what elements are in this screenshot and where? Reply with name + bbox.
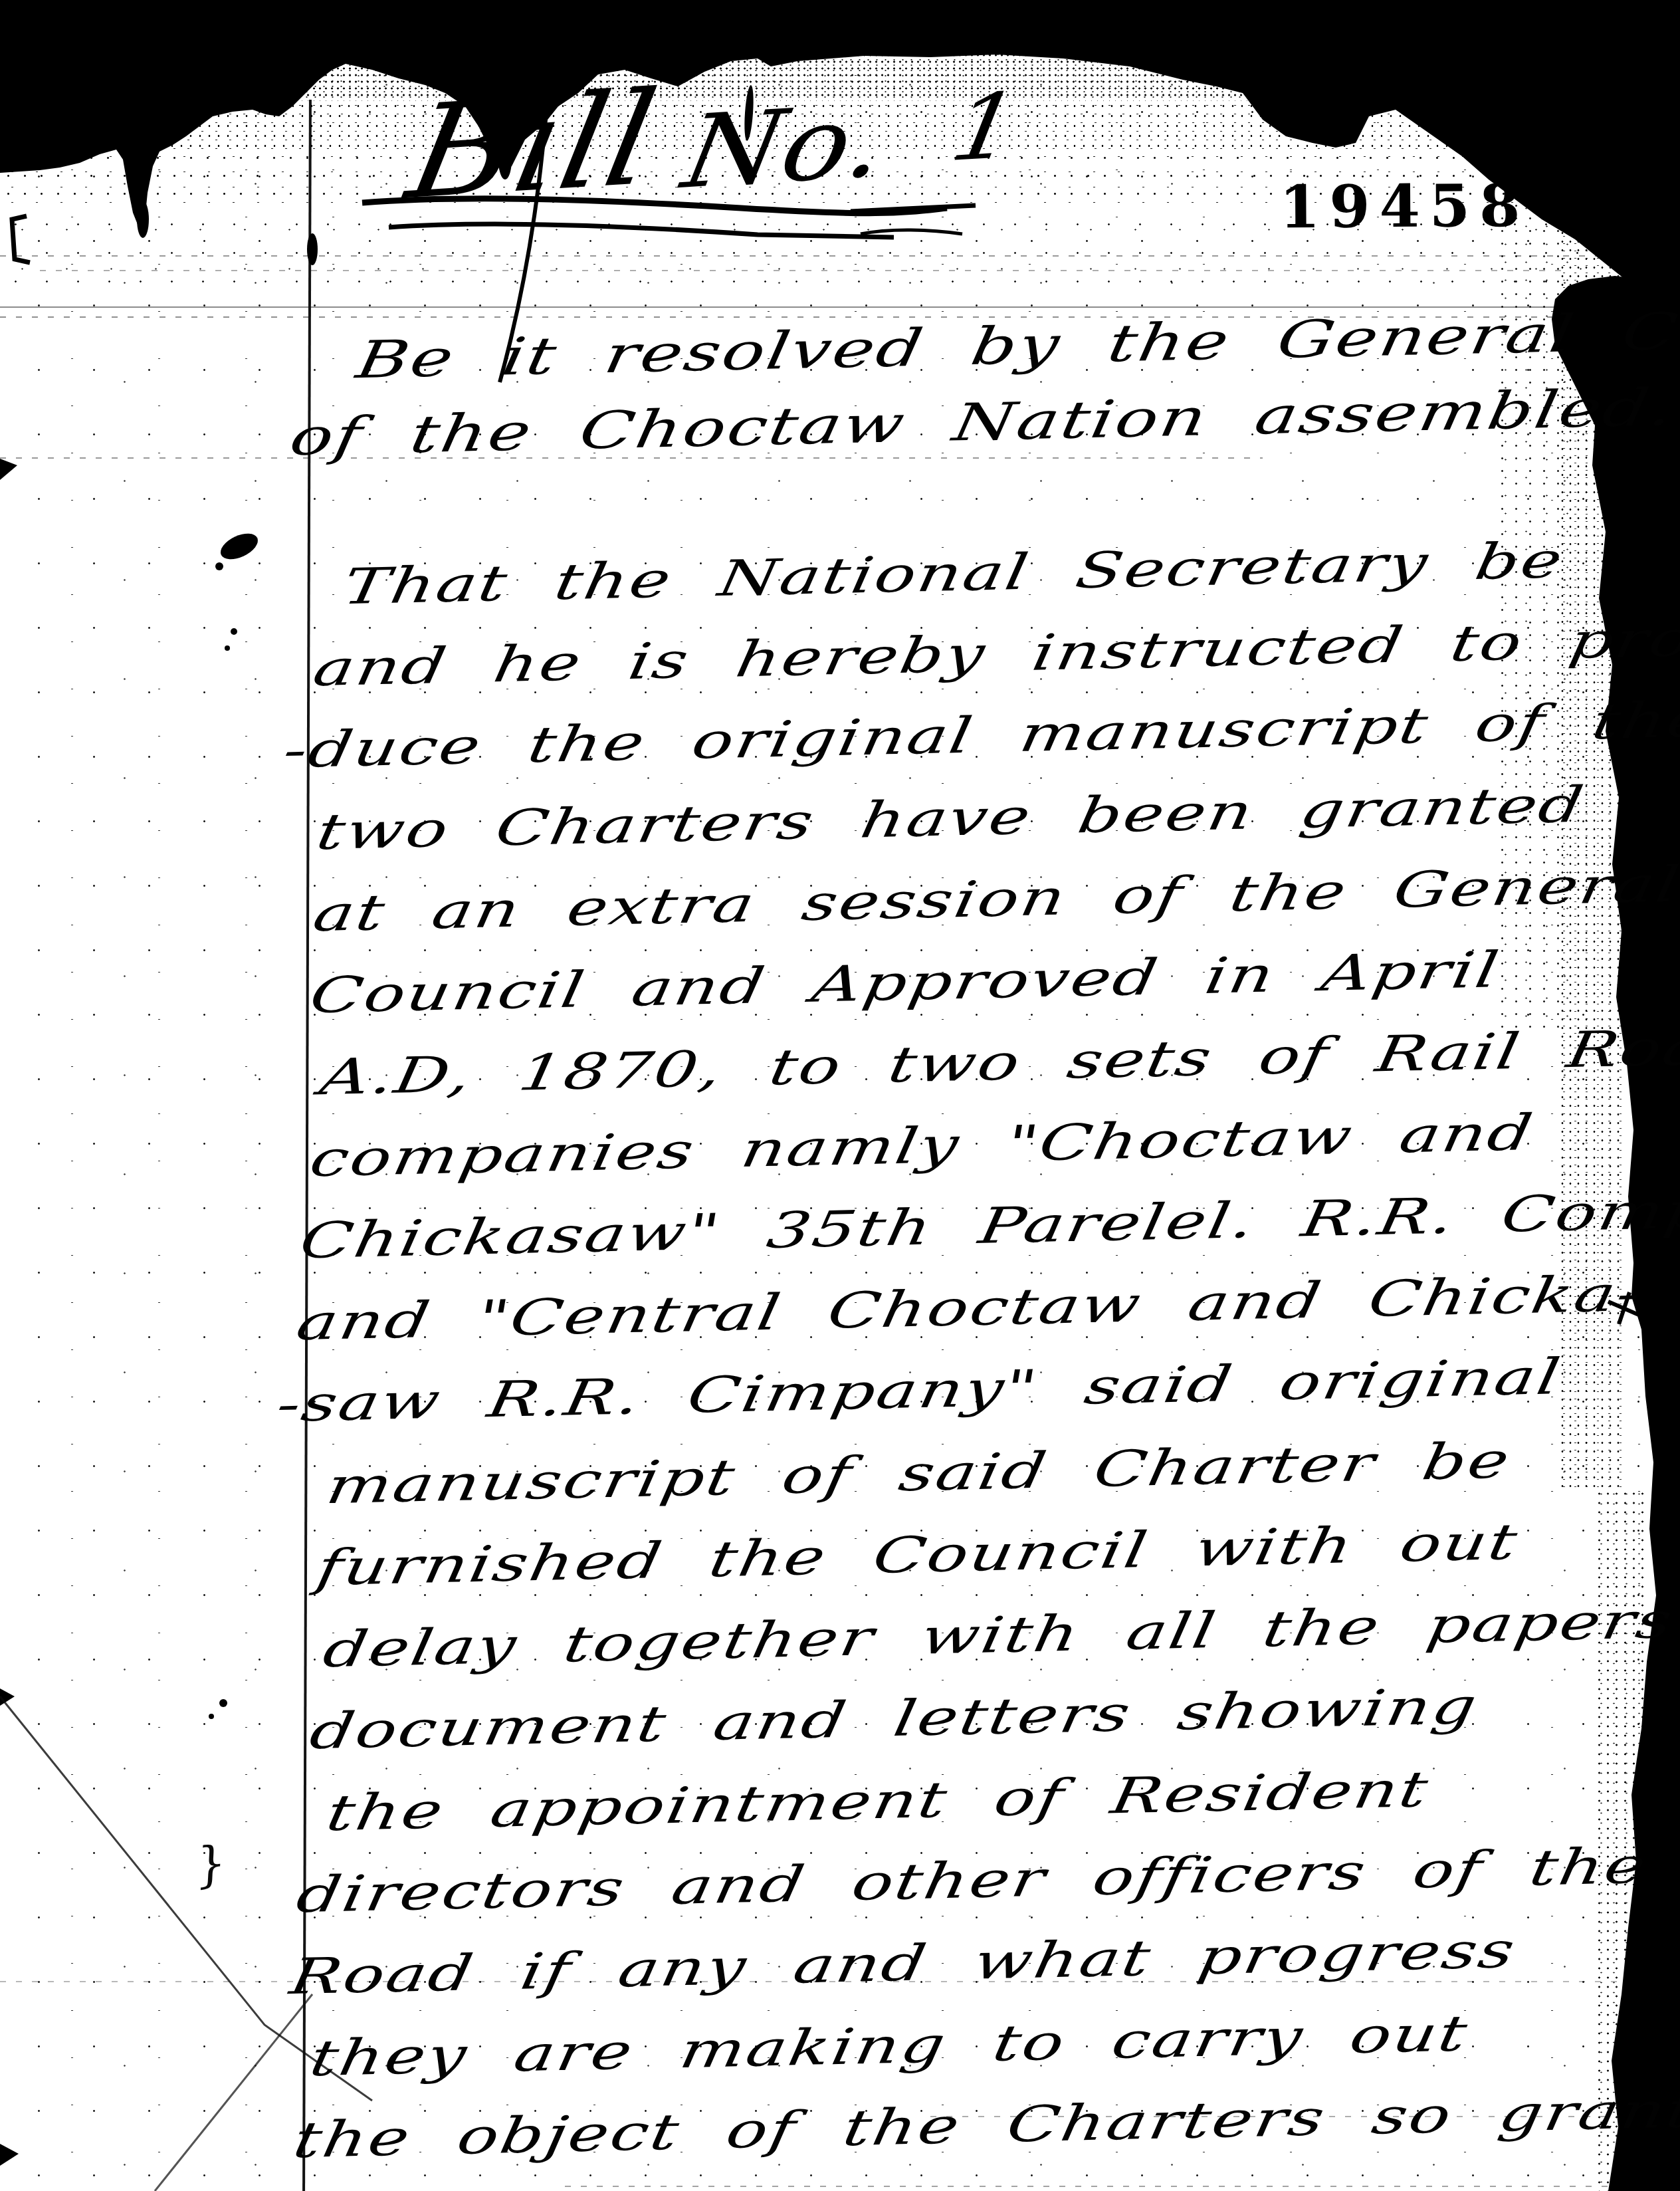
handwritten-line: they are making to carry out xyxy=(306,2005,1473,2087)
ink-speck xyxy=(219,1699,227,1707)
ink-speck xyxy=(215,562,223,570)
ink-speck xyxy=(225,645,230,651)
handwritten-line: That the National Secretary be xyxy=(339,532,1568,616)
bill-title: BillNo.1 xyxy=(397,41,1032,229)
handwritten-line: Chickasaw" 35th Parelel. R.R. Compan" xyxy=(296,1179,1680,1270)
handwritten-line: two Charters have been granted xyxy=(312,776,1589,861)
title-underline xyxy=(851,205,976,211)
handwritten-line: Be it resolved by the General Council xyxy=(352,297,1680,390)
handwritten-line: and "Central Choctaw and Chicka- xyxy=(292,1265,1647,1351)
edge-mark xyxy=(0,459,17,480)
handwritten-line: A.D, 1870, to two sets of Rail Road xyxy=(316,1018,1680,1106)
handwritten-line: at an extra session of the General xyxy=(309,856,1680,943)
bill-title-word: No. xyxy=(675,82,894,212)
bill-title-number: 1 xyxy=(944,73,1027,182)
handwritten-line: and he is hereby instructed to pro- xyxy=(309,610,1680,697)
edge-mark xyxy=(0,1688,15,1706)
scanned-document-page: BillNo.1 19458 Be it resolved by the Gen… xyxy=(0,0,1680,2191)
title-underline xyxy=(861,230,962,234)
archive-stamp-number: 19458 xyxy=(1279,171,1530,242)
handwritten-line: -saw R.R. Cimpany" said original xyxy=(272,1348,1566,1433)
ink-speck xyxy=(209,1714,214,1719)
handwritten-line: Council and Approved in April xyxy=(306,941,1504,1024)
handwritten-line: the appointment of Resident xyxy=(322,1761,1433,1843)
handwritten-line: -duce the original manuscript of the xyxy=(279,691,1680,779)
handwritten-line: of the Choctaw Nation assembled. xyxy=(286,378,1680,468)
handwritten-line: companies namly "Choctaw and xyxy=(306,1104,1538,1188)
handwritten-line: document and letters showing xyxy=(306,1678,1482,1761)
handwritten-line: manuscript of said Charter be xyxy=(322,1432,1515,1515)
paper-crease xyxy=(155,1994,312,2191)
handwritten-line: the object of the Charters so granted xyxy=(289,2079,1680,2169)
title-underline xyxy=(389,224,894,237)
handwritten-line: delay together with all the papers xyxy=(319,1592,1678,1679)
bill-title-word: Bill xyxy=(397,64,667,229)
ink-blot xyxy=(217,528,262,564)
ruled-line xyxy=(0,255,1680,257)
handwritten-line: Road if any and what progress xyxy=(286,1922,1521,2006)
ruled-line xyxy=(40,270,1568,271)
ruled-line xyxy=(565,2186,1680,2187)
edge-mark xyxy=(0,2144,19,2166)
handwritten-line: directors and other officers of the xyxy=(292,1837,1652,1924)
handwritten-line: furnished the Council with out xyxy=(312,1514,1522,1597)
ink-drip xyxy=(137,201,149,238)
margin-stray-mark: } xyxy=(191,1834,229,1894)
ink-speck xyxy=(231,628,237,635)
